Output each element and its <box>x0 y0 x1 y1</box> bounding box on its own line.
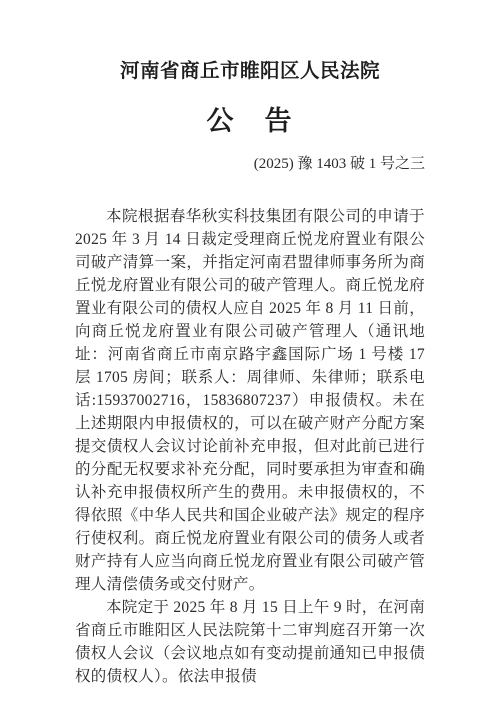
announcement-title: 公 告 <box>75 104 425 138</box>
body-paragraph-1: 本院根据春华秋实科技集团有限公司的申请于 2025 年 3 月 14 日裁定受理… <box>75 205 425 596</box>
document-page: 河南省商丘市睢阳区人民法院 公 告 (2025) 豫 1403 破 1 号之三 … <box>0 0 500 707</box>
case-number: (2025) 豫 1403 破 1 号之三 <box>75 155 425 173</box>
announcement-body: 本院根据春华秋实科技集团有限公司的申请于 2025 年 3 月 14 日裁定受理… <box>75 205 425 688</box>
body-paragraph-2: 本院定于 2025 年 8 月 15 日上午 9 时，在河南省商丘市睢阳区人民法… <box>75 596 425 688</box>
court-name-heading: 河南省商丘市睢阳区人民法院 <box>75 57 425 85</box>
